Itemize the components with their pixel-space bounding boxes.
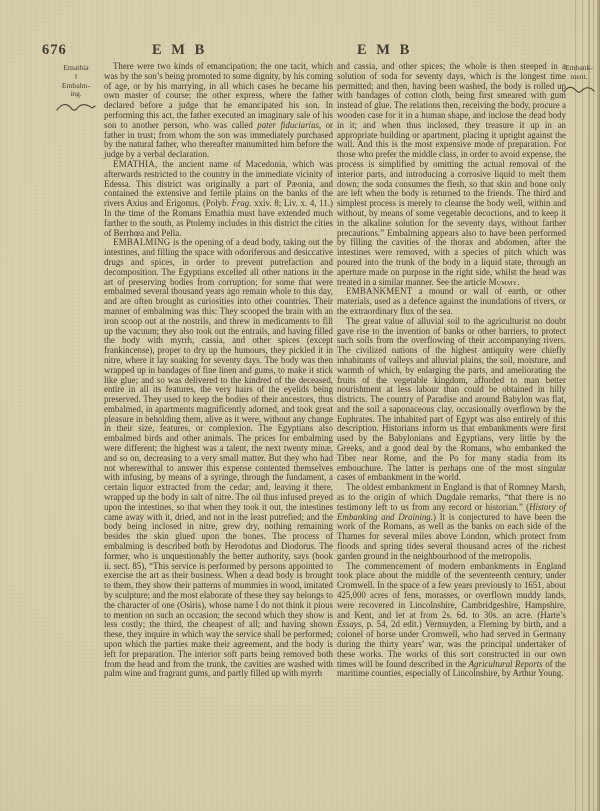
margin-note-line: ment.: [561, 73, 597, 82]
running-header-left: E M B: [152, 42, 207, 59]
text-run-smallcaps: Mummy.: [489, 277, 520, 287]
text-run: is the opening of a dead body, taking ou…: [104, 237, 333, 678]
page-edge-line: [593, 0, 594, 811]
running-header-right: E M B: [357, 42, 412, 59]
page-edge-line: [582, 0, 583, 811]
paragraph: EMATHIA, the ancient name of Macedonia, …: [104, 160, 333, 238]
margin-note-right-text: Embank-ment.: [561, 64, 597, 82]
text-run-italic: Frag.: [231, 198, 251, 208]
text-run: The great value of alluvial soil to the …: [337, 316, 566, 483]
text-run-headword: EMBANKMENT: [346, 286, 413, 296]
flourish-swash-icon: [56, 101, 96, 113]
paragraph: EMBALMING is the opening of a dead body,…: [104, 238, 333, 679]
margin-note-line: ing.: [48, 90, 104, 99]
book-page: 676 E M B E M B Emathia‖Embalm-ing. Emba…: [0, 0, 600, 811]
margin-note-left-text: Emathia‖Embalm-ing.: [48, 64, 104, 99]
margin-note-left: Emathia‖Embalm-ing.: [48, 64, 104, 113]
page-number: 676: [42, 42, 67, 59]
flourish-swash-icon: [563, 84, 595, 95]
text-run-italic: Essays,: [337, 619, 363, 629]
paragraph: EMBANKMENT a mound or wall of earth, or …: [337, 287, 566, 316]
column-left: There were two kinds of emancipation; th…: [104, 62, 333, 679]
paragraph: There were two kinds of emancipation; th…: [104, 62, 333, 160]
paragraph: and cassia, and other spices; the whole …: [337, 62, 566, 287]
text-run-italic: pater fiduciarius,: [257, 120, 321, 130]
text-run: and cassia, and other spices; the whole …: [337, 61, 566, 287]
margin-note-right: Embank-ment.: [561, 64, 597, 95]
text-run-headword: EMATHIA,: [113, 159, 158, 169]
page-edge-line: [575, 0, 576, 811]
column-right: and cassia, and other spices; the whole …: [337, 62, 566, 679]
text-run-italic: Agricultural Reports: [469, 659, 543, 669]
text-run: The commencement of modern embankments i…: [337, 561, 566, 620]
text-run-headword: EMBALMING: [113, 237, 170, 247]
paragraph: The great value of alluvial soil to the …: [337, 317, 566, 484]
page-edge-line: [588, 0, 590, 811]
paragraph: The oldest embankment in England is that…: [337, 483, 566, 561]
paragraph: The commencement of modern embankments i…: [337, 562, 566, 680]
